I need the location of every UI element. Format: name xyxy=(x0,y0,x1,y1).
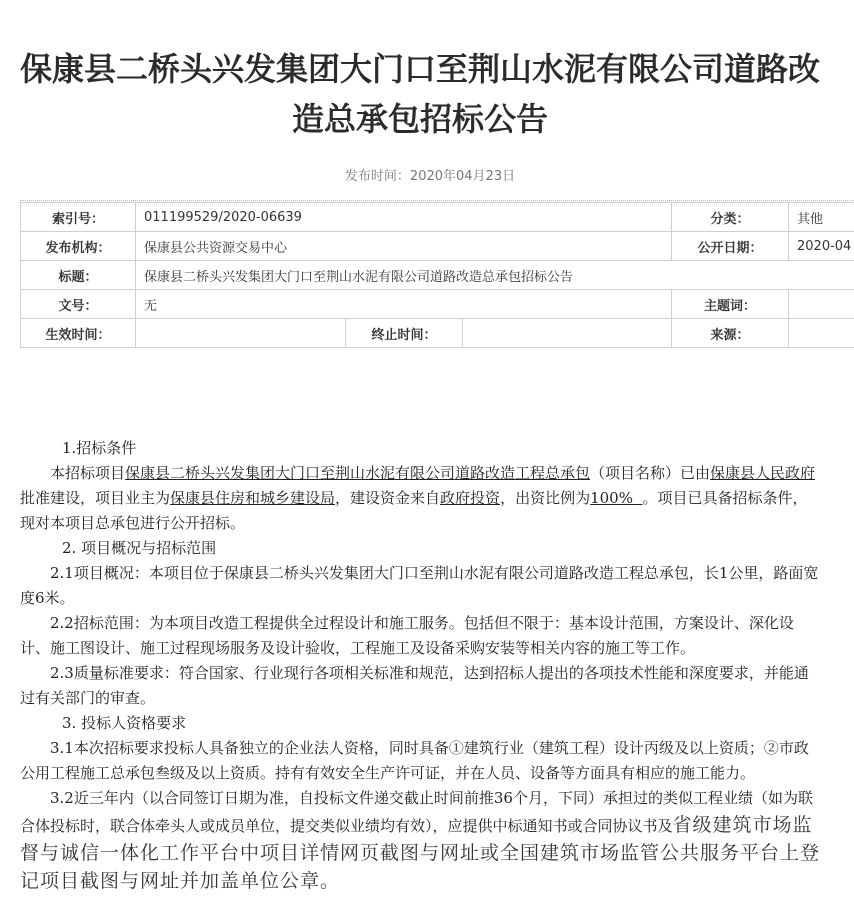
text: 批准建设，项目业主为 xyxy=(20,489,170,507)
section-heading: 2. 项目概况与招标范围 xyxy=(20,536,820,561)
publish-time: 发布时间：2020年04月23日 xyxy=(0,165,854,184)
approver: 保康县人民政府 xyxy=(710,464,815,482)
text: ，建设资金来自 xyxy=(335,489,440,507)
page-title-line1: 保康县二桥头兴发集团大门口至荆山水泥有限公司道路改 xyxy=(0,44,840,94)
section-heading: 3. 投标人资格要求 xyxy=(20,711,820,736)
paragraph: 3.2近三年内（以合同签订日期为准，自投标文件递交截止时间前推36个月，下同）承… xyxy=(20,786,820,895)
title-label: 标题： xyxy=(21,261,136,290)
text: （项目名称）已由 xyxy=(590,464,710,482)
keywords-value xyxy=(789,290,854,319)
end-time-label: 终止时间： xyxy=(346,319,463,348)
index-label: 索引号： xyxy=(21,203,136,232)
table-row: 发布机构： 保康县公共资源交易中心 公开日期： 2020-04 xyxy=(21,232,854,261)
paragraph: 本招标项目保康县二桥头兴发集团大门口至荆山水泥有限公司道路改造工程总承包（项目名… xyxy=(20,461,820,536)
effective-label: 生效时间： xyxy=(21,319,136,348)
table-row: 文号： 无 主题词： xyxy=(21,290,854,319)
category-label: 分类： xyxy=(672,203,789,232)
keywords-label: 主题词： xyxy=(672,290,789,319)
owner: 保康县住房和城乡建设局 xyxy=(170,489,335,507)
fund-source: 政府投资 xyxy=(440,489,500,507)
source-value xyxy=(789,319,854,348)
publish-label: 发布时间： xyxy=(345,169,410,184)
table-row: 索引号： 011199529/2020-06639 分类： 其他 xyxy=(21,203,854,232)
publisher-label: 发布机构： xyxy=(21,232,136,261)
end-time-value xyxy=(463,319,672,348)
category-value: 其他 xyxy=(789,203,854,232)
title-value: 保康县二桥头兴发集团大门口至荆山水泥有限公司道路改造总承包招标公告 xyxy=(136,261,854,290)
paragraph: 2.2招标范围：为本项目改造工程提供全过程设计和施工服务。包括但不限于：基本设计… xyxy=(20,611,820,661)
publish-date: 2020年04月23日 xyxy=(410,169,515,184)
project-name: 保康县二桥头兴发集团大门口至荆山水泥有限公司道路改造工程总承包 xyxy=(125,464,590,482)
paragraph: 3.1本次招标要求投标人具备独立的企业法人资格，同时具备①建筑行业（建筑工程）设… xyxy=(20,736,820,786)
page-title: 保康县二桥头兴发集团大门口至荆山水泥有限公司道路改 造总承包招标公告 xyxy=(0,44,840,144)
open-date-value: 2020-04 xyxy=(789,232,854,261)
index-value: 011199529/2020-06639 xyxy=(136,203,672,232)
source-label: 来源： xyxy=(672,319,789,348)
page-title-line2: 造总承包招标公告 xyxy=(0,94,840,144)
docno-value: 无 xyxy=(136,290,672,319)
text: ，出资比例为 xyxy=(500,489,590,507)
metadata-table: 索引号： 011199529/2020-06639 分类： 其他 发布机构： 保… xyxy=(20,202,854,348)
publisher-value: 保康县公共资源交易中心 xyxy=(136,232,672,261)
docno-label: 文号： xyxy=(21,290,136,319)
paragraph: 2.1项目概况：本项目位于保康县二桥头兴发集团大门口至荆山水泥有限公司道路改造工… xyxy=(20,561,820,611)
fund-ratio: 100% xyxy=(590,489,642,507)
table-row: 标题： 保康县二桥头兴发集团大门口至荆山水泥有限公司道路改造总承包招标公告 xyxy=(21,261,854,290)
effective-value xyxy=(136,319,346,348)
paragraph: 2.3质量标准要求：符合国家、行业现行各项相关标准和规范，达到招标人提出的各项技… xyxy=(20,661,820,711)
table-row: 生效时间： 终止时间： 来源： xyxy=(21,319,854,348)
open-date-label: 公开日期： xyxy=(672,232,789,261)
article-body: 1.招标条件 本招标项目保康县二桥头兴发集团大门口至荆山水泥有限公司道路改造工程… xyxy=(20,436,820,895)
divider xyxy=(20,200,854,201)
section-heading: 1.招标条件 xyxy=(20,436,820,461)
text: 本招标项目 xyxy=(50,464,125,482)
